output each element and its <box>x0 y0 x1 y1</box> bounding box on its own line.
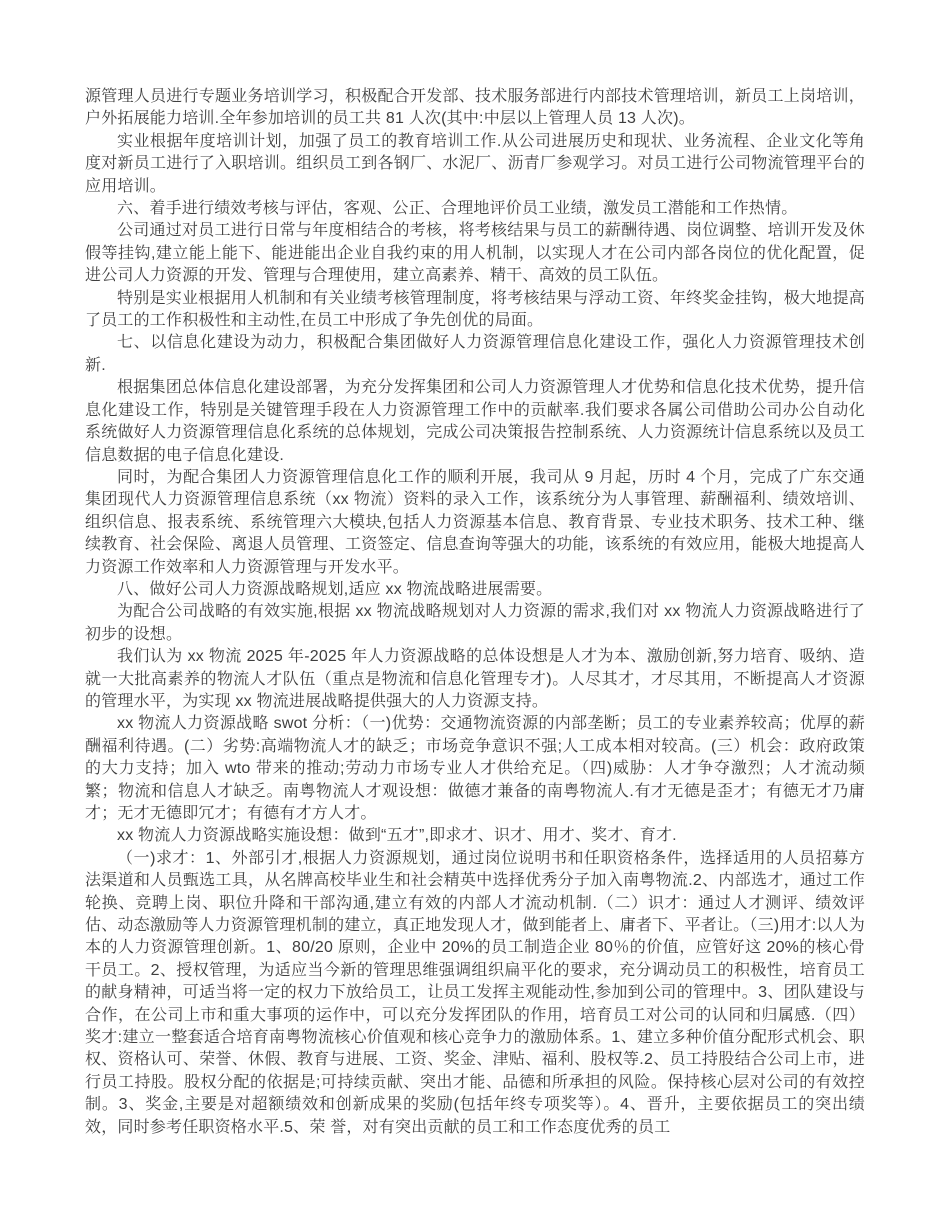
paragraph: 为配合公司战略的有效实施,根据 xx 物流战略规划对人力资源的需求,我们对 xx… <box>85 601 865 646</box>
document-page: 源管理人员进行专题业务培训学习，积极配合开发部、技术服务部进行内部技术管理培训，… <box>0 0 950 1230</box>
paragraph: 我们认为 xx 物流 2025 年-2025 年人力资源战略的总体设想是人才为本… <box>85 646 865 713</box>
paragraph: 实业根据年度培训计划，加强了员工的教育培训工作.从公司进展历史和现状、业务流程、… <box>85 131 865 198</box>
paragraph: 公司通过对员工进行日常与年度相结合的考核，将考核结果与员工的薪酬待遇、岗位调整、… <box>85 220 865 287</box>
document-body: 源管理人员进行专题业务培训学习，积极配合开发部、技术服务部进行内部技术管理培训，… <box>85 86 865 1139</box>
paragraph: 根据集团总体信息化建设部署，为充分发挥集团和公司人力资源管理人才优势和信息化技术… <box>85 377 865 467</box>
paragraph: 特别是实业根据用人机制和有关业绩考核管理制度，将考核结果与浮动工资、年终奖金挂钩… <box>85 288 865 333</box>
paragraph: 七、以信息化建设为动力，积极配合集团做好人力资源管理信息化建设工作，强化人力资源… <box>85 332 865 377</box>
paragraph: 八、做好公司人力资源战略规划,适应 xx 物流战略进展需要。 <box>85 579 865 601</box>
paragraph: 同时，为配合集团人力资源管理信息化工作的顺利开展，我司从 9 月起，历时 4 个… <box>85 467 865 579</box>
paragraph: 六、着手进行绩效考核与评估，客观、公正、合理地评价员工业绩，激发员工潜能和工作热… <box>85 198 865 220</box>
paragraph: 源管理人员进行专题业务培训学习，积极配合开发部、技术服务部进行内部技术管理培训，… <box>85 86 865 131</box>
paragraph: xx 物流人力资源战略实施设想：做到“五才”,即求才、识才、用才、奖才、育才. <box>85 825 865 847</box>
paragraph: （一)求才：1、外部引才,根据人力资源规划，通过岗位说明书和任职资格条件，选择适… <box>85 848 865 1139</box>
paragraph: xx 物流人力资源战略 swot 分析：（一)优势：交通物流资源的内部垄断；员工… <box>85 713 865 825</box>
